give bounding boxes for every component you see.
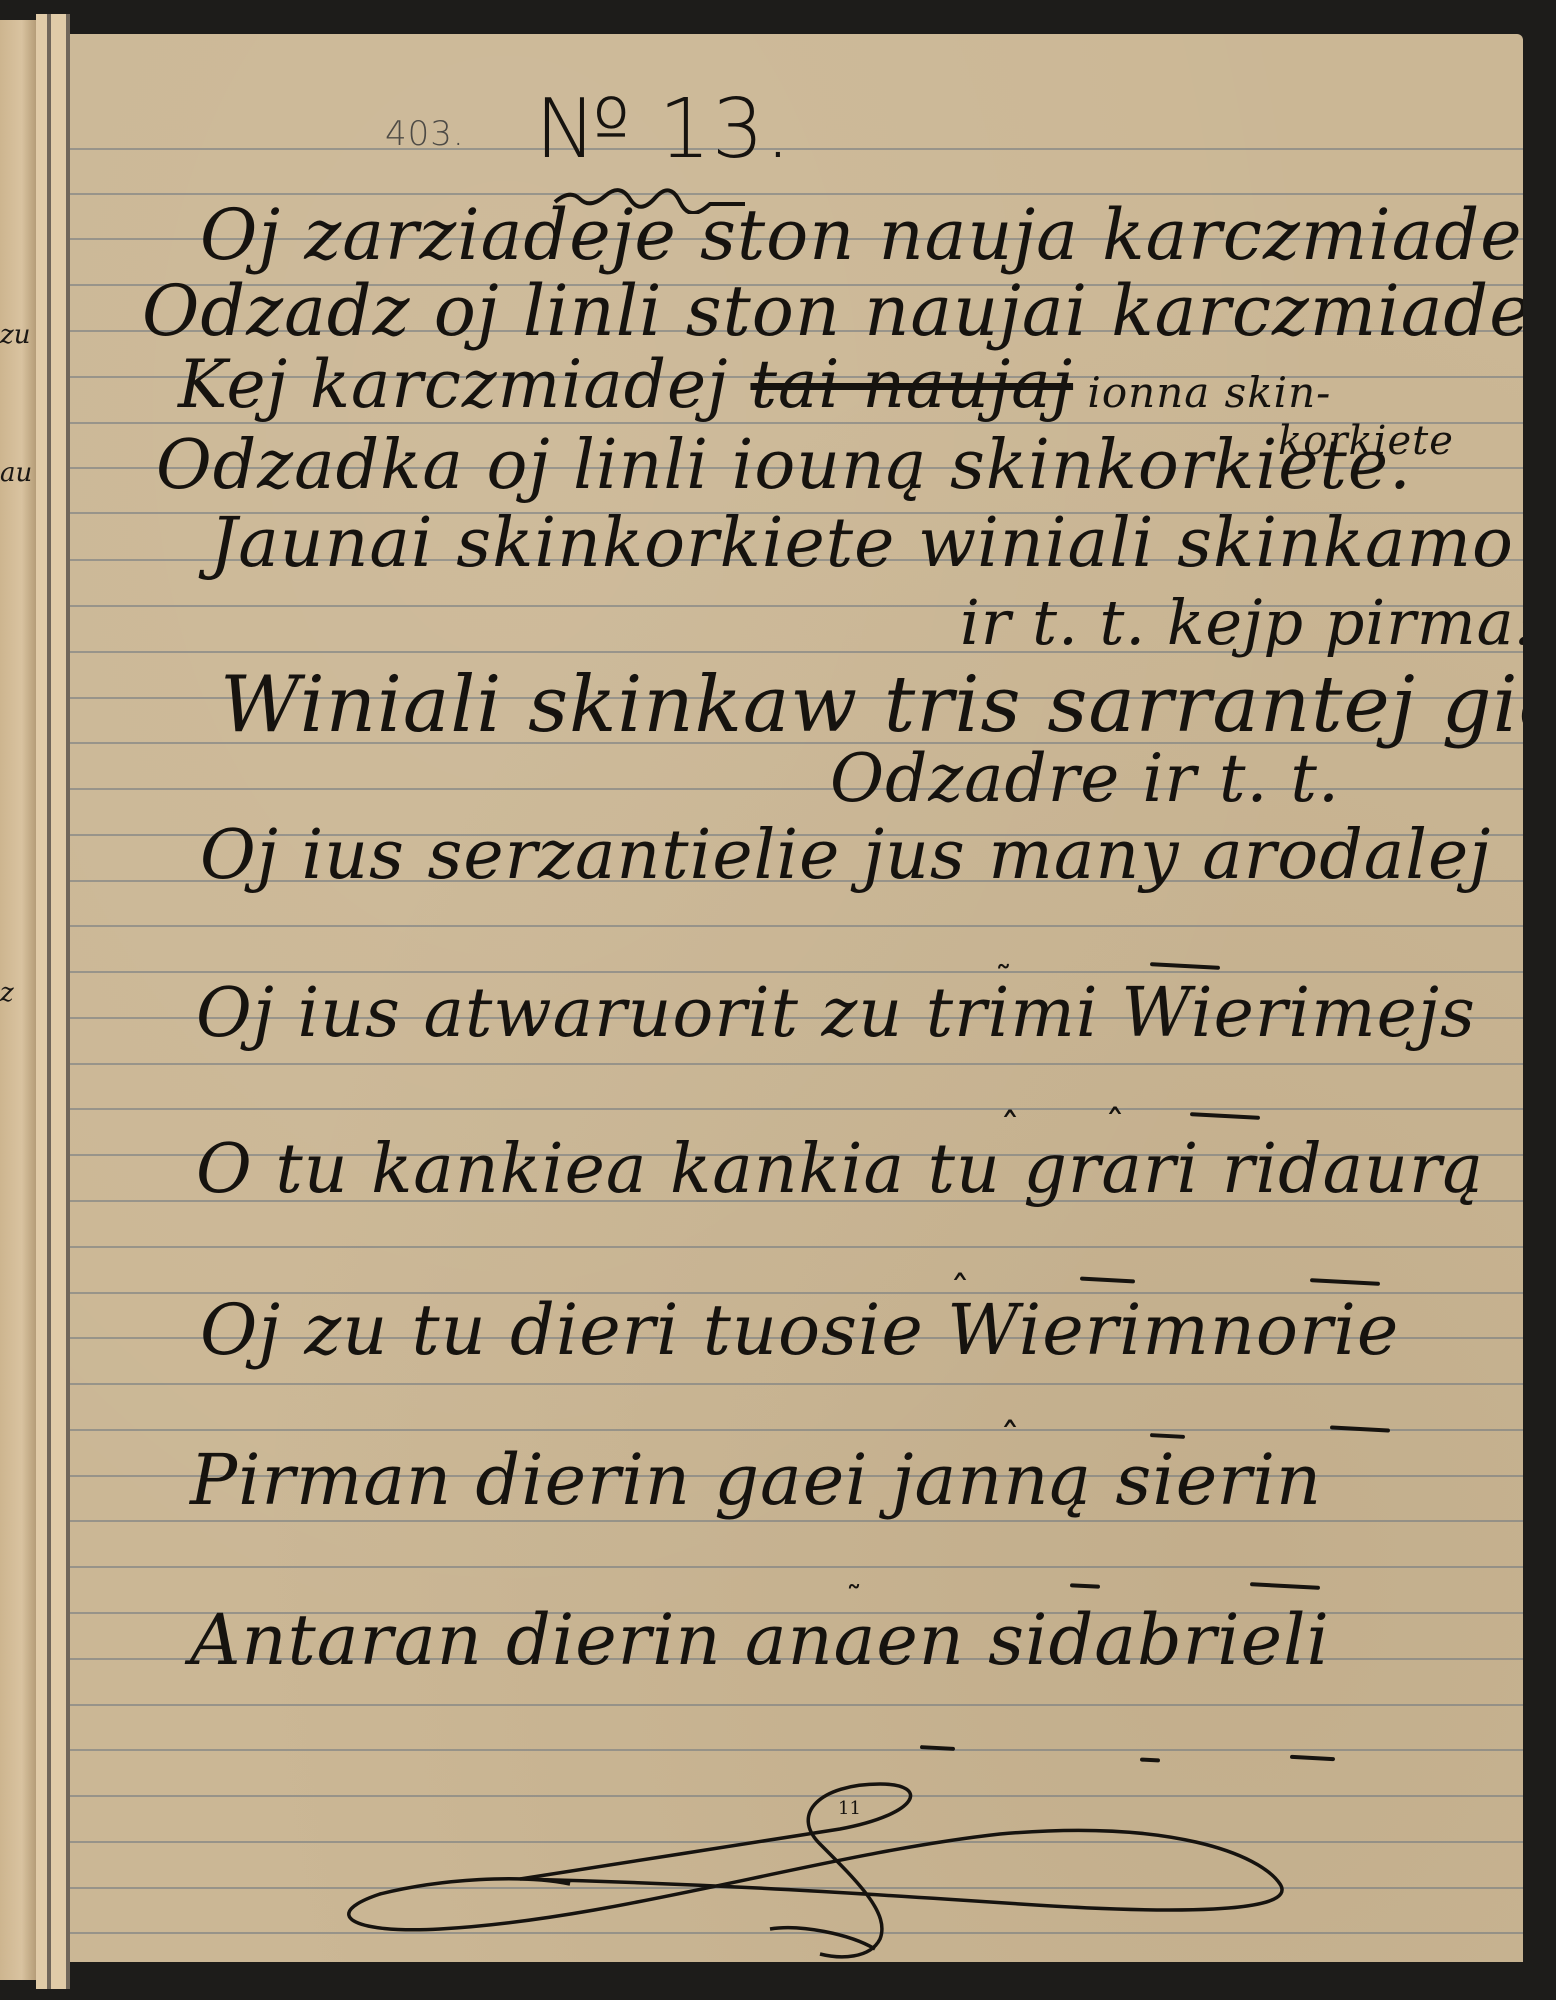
ruled-line (70, 148, 1523, 150)
ruled-line (70, 1063, 1523, 1065)
folio-number: 403. (385, 114, 465, 154)
ruled-line (70, 1704, 1523, 1706)
verse-line-12: Oj zu tu dieri tuosie Wierimnorie (200, 1289, 1399, 1371)
ruled-line (70, 925, 1523, 927)
previous-page-edge: zu au z (0, 20, 36, 1980)
caret-mark: ˆ (950, 1272, 970, 1312)
ruled-line (70, 1749, 1523, 1751)
verse-line-6: ir t. t. kejp pirma: (960, 586, 1523, 659)
overbar-mark (1290, 1755, 1335, 1761)
verse-line-9: Oj ius serzantielie jus many arodalej (200, 816, 1491, 895)
overbar-mark (1310, 1278, 1380, 1286)
verse-line-3: Kej karczmiadej tai naujaj ionna skin- (178, 346, 1331, 423)
verse-line-10: Oj ius atwaruorit zu trimi Wierimejs (196, 974, 1476, 1053)
previous-page-fragment: z (0, 978, 14, 1008)
verse-line-8: Odzadre ir t. t. (830, 740, 1340, 817)
overbar-mark (1150, 962, 1220, 970)
ruled-line (70, 1246, 1523, 1248)
verse-line-7: Winiali skinkaw tris sarrantej gierie (220, 660, 1523, 750)
verse-line-2: Odzadz oj linli ston naujai karczmiade. (142, 270, 1523, 352)
overbar-mark (1080, 1277, 1135, 1284)
verse-line-3-end: ionna skin- (1073, 368, 1331, 417)
verse-line-3-start: Kej karczmiadej (178, 346, 750, 423)
binding-gutter (36, 14, 70, 1989)
caret-mark: ˆ (1105, 1106, 1125, 1146)
caret-mark: ˆ (1000, 1419, 1020, 1459)
caret-mark: ˆ (1000, 1109, 1020, 1149)
ruled-line (70, 1429, 1523, 1431)
tilde-mark: ˜ (995, 962, 1012, 996)
song-number-heading: № 13. (535, 82, 792, 177)
previous-page-fragment: zu (0, 320, 30, 350)
verse-line-4: Odzadka oj linli iouną skinkorkiete. (156, 426, 1412, 505)
ruled-line (70, 1383, 1523, 1385)
ruled-line (70, 971, 1523, 973)
verse-line-11: O tu kankiea kankia tu grari ridaurą (196, 1130, 1484, 1209)
flourish-mark: 11 (838, 1798, 861, 1819)
manuscript-page: 403. № 13. Oj zarziadeje ston nauja karc… (70, 34, 1523, 1962)
ruled-line (70, 1108, 1523, 1110)
ruled-line (70, 1566, 1523, 1568)
verse-line-14: Antaran dierin anaen sidabrieli (190, 1599, 1330, 1681)
verse-line-1: Oj zarziadeje ston nauja karczmiade (200, 194, 1523, 276)
closing-flourish: 11 (320, 1774, 1320, 1962)
verse-line-13: Pirman dierin gaei janną sierin (190, 1439, 1322, 1521)
binding-line (47, 14, 51, 1989)
previous-page-fragment: au (0, 458, 32, 488)
overbar-mark (1190, 1112, 1260, 1120)
overbar-mark (1070, 1583, 1100, 1589)
verse-line-5: Jaunai skinkorkiete winiali skinkamo (210, 504, 1514, 583)
overbar-mark (1250, 1582, 1320, 1590)
tilde-mark: ˜ (846, 1582, 862, 1614)
overbar-mark (1140, 1757, 1160, 1762)
struck-out-words: tai naujaj (750, 346, 1073, 423)
overbar-mark (1330, 1425, 1390, 1432)
